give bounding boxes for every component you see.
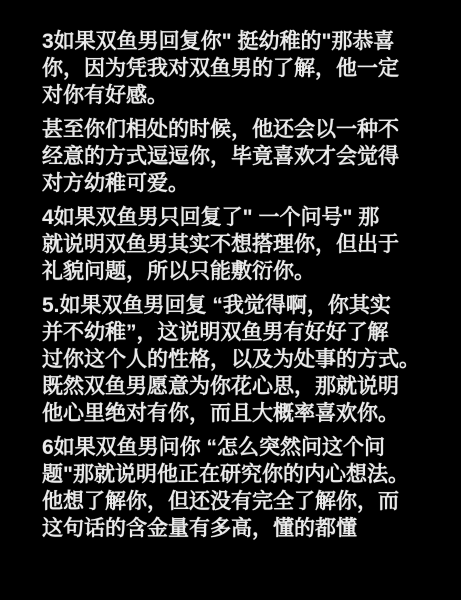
text-line: 他心里绝对有你，而且大概率喜欢你。: [42, 400, 445, 427]
paragraph-2: 甚至你们相处的时候，他还会以一种不 经意的方式逗逗你，毕竟喜欢才会觉得 对方幼稚…: [42, 116, 445, 197]
text-line: 并不幼稚”，这说明双鱼男有好好了解: [42, 319, 445, 346]
text-line: 甚至你们相处的时候，他还会以一种不: [42, 116, 445, 143]
paragraph-4: 5.如果双鱼男回复 “我觉得啊，你其实 并不幼稚”，这说明双鱼男有好好了解 过你…: [42, 292, 445, 427]
text-line: 对你有好感。: [42, 82, 445, 109]
paragraph-5: 6如果双鱼男问你 “怎么突然问这个问 题"那就说明他正在研究你的内心想法。 他想…: [42, 434, 445, 542]
text-line: 既然双鱼男愿意为你花心思，那就说明: [42, 373, 445, 400]
text-line: 礼貌问题，所以只能敷衍你。: [42, 258, 445, 285]
text-line: 你，因为凭我对双鱼男的了解，他一定: [42, 55, 445, 82]
text-line: 经意的方式逗逗你，毕竟喜欢才会觉得: [42, 143, 445, 170]
text-line: 6如果双鱼男问你 “怎么突然问这个问: [42, 434, 445, 461]
text-line: 就说明双鱼男其实不想搭理你，但出于: [42, 231, 445, 258]
text-line: 这句话的含金量有多高，懂的都懂: [42, 515, 445, 542]
text-line: 他想了解你，但还没有完全了解你，而: [42, 488, 445, 515]
text-line: 题"那就说明他正在研究你的内心想法。: [42, 461, 445, 488]
paragraph-3: 4如果双鱼男只回复了" 一个问号" 那 就说明双鱼男其实不想搭理你，但出于 礼貌…: [42, 204, 445, 285]
paragraph-1: 3如果双鱼男回复你" 挺幼稚的"那恭喜 你，因为凭我对双鱼男的了解，他一定 对你…: [42, 28, 445, 109]
text-post-image: 3如果双鱼男回复你" 挺幼稚的"那恭喜 你，因为凭我对双鱼男的了解，他一定 对你…: [0, 0, 461, 600]
text-line: 5.如果双鱼男回复 “我觉得啊，你其实: [42, 292, 445, 319]
text-line: 过你这个人的性格，以及为处事的方式。: [42, 346, 445, 373]
text-line: 4如果双鱼男只回复了" 一个问号" 那: [42, 204, 445, 231]
text-line: 对方幼稚可爱。: [42, 170, 445, 197]
text-line: 3如果双鱼男回复你" 挺幼稚的"那恭喜: [42, 28, 445, 55]
